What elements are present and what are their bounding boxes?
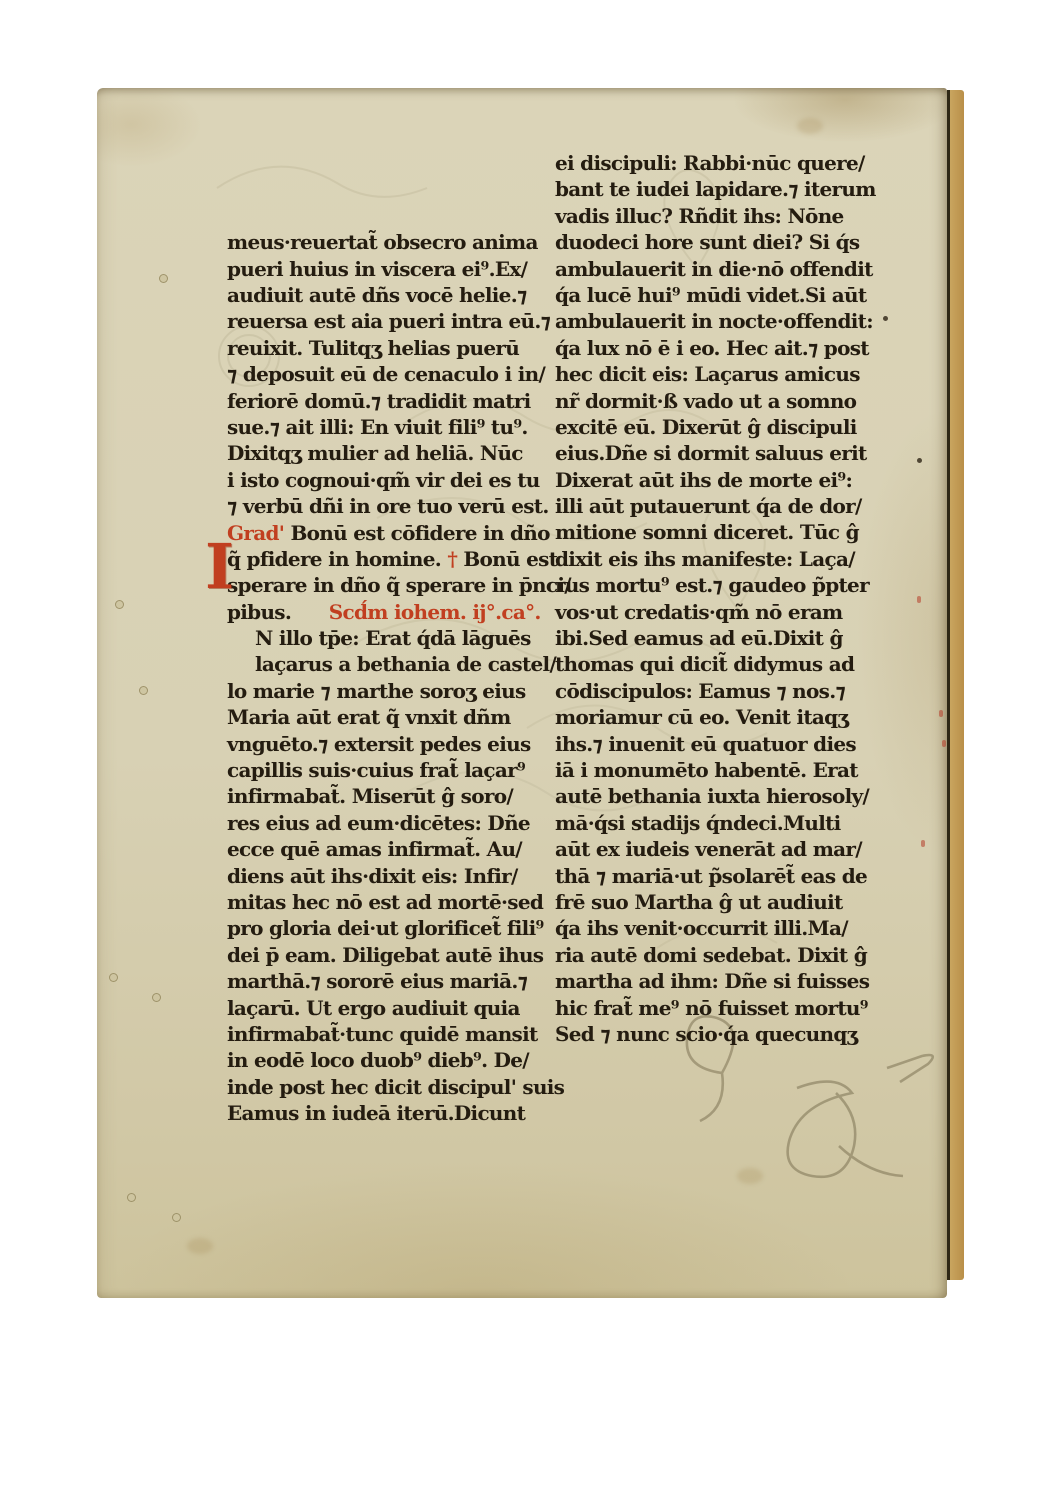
text-line: Maria aūt erat q̃ vnxit dñm (227, 704, 567, 730)
text-line: bant te iudei lapidare.⁊ iterum (555, 176, 921, 202)
text-line: q̃ pfidere in homine. † Bonū est (227, 546, 567, 572)
text-line: aūt ex iudeis venerāt ad mar/ (555, 836, 921, 862)
text-line: iā i monumēto habentē. Erat (555, 757, 921, 783)
red-stain (942, 740, 946, 747)
text-line: q́a ihs venit·occurrit illi.Ma/ (555, 915, 921, 941)
red-stain (921, 840, 925, 847)
body-text: aūt ex iudeis venerāt ad mar/ (555, 837, 862, 861)
rubric-text: † (447, 547, 457, 571)
body-text: frē suo Martha ĝ ut audiuit (555, 890, 843, 914)
body-text: marthā.⁊ sororē eius mariā.⁊ (227, 969, 527, 993)
text-line: ambulauerit in nocte·offendit: (555, 308, 921, 334)
text-line: ambulauerit in die·nō offendit (555, 256, 921, 282)
body-text: infirmabat̃. Miserūt ĝ soro/ (227, 784, 513, 808)
text-line: vnguēto.⁊ extersit pedes eius (227, 731, 567, 757)
body-text: N illo tp̄e: Erat q́dā lāguēs (255, 626, 531, 650)
text-line: reuixit. Tulitqʒ helias puerū (227, 335, 567, 361)
body-text: duodeci hore sunt diei? Si q́s (555, 230, 860, 254)
body-text: reuixit. Tulitqʒ helias puerū (227, 336, 519, 360)
body-text: ⁊ verbū dñi in ore tuo verū est. (227, 494, 549, 518)
text-line: capillis suis·cuius frat̃ laçar⁹ (227, 757, 567, 783)
text-line: sue.⁊ ait illi: En viuit fili⁹ tu⁹. (227, 414, 567, 440)
text-line: thomas qui dicit̃ didymus ad (555, 651, 921, 677)
text-line: Sed ⁊ nunc scio·q́a quecunqʒ (555, 1021, 921, 1047)
text-line: martha ad ihm: Dñe si fuisses (555, 968, 921, 994)
ink-spot (883, 316, 888, 321)
text-line: ei discipuli: Rabbi·nūc quere/ (555, 150, 921, 176)
text-line: vadis illuc? Rñdit ihs: Nōne (555, 203, 921, 229)
body-text: res eius ad eum·dicētes: Dñe (227, 811, 530, 835)
text-line: dei p̄ eam. Diligebat autē ihus (227, 942, 567, 968)
body-text: i isto cognoui·qm̃ vir dei es tu (227, 468, 540, 492)
text-line: in eodē loco duob⁹ dieb⁹. De/ (227, 1047, 567, 1073)
body-text: thā ⁊ mariā·ut p̃solarēt̃ eas de (555, 864, 867, 888)
wormhole-mark (127, 1193, 136, 1202)
text-line: ⁊ verbū dñi in ore tuo verū est. (227, 493, 567, 519)
body-text: cōdiscipulos: Eamus ⁊ nos.⁊ (555, 679, 845, 703)
body-text: ei discipuli: Rabbi·nūc quere/ (555, 151, 865, 175)
body-text: ria autē domi sedebat. Dixit ĝ (555, 943, 867, 967)
body-text: hec dicit eis: Laçarus amicus (555, 362, 860, 386)
text-line: meus·reuertat̃ obsecro anima (227, 229, 567, 255)
body-text: mitas hec nō est ad mortē·sed (227, 890, 543, 914)
body-text: q́a lux nō ē i eo. Hec ait.⁊ post (555, 336, 869, 360)
body-text: Eamus in iudeā iterū.Dicunt (227, 1101, 525, 1125)
body-text: ibi.Sed eamus ad eū.Dixit ĝ (555, 626, 843, 650)
body-text: laçarus a bethania de castel/ (255, 652, 556, 676)
text-line: duodeci hore sunt diei? Si q́s (555, 229, 921, 255)
text-line: inde post hec dicit discipul' suis (227, 1074, 567, 1100)
wormhole-mark (139, 686, 148, 695)
body-text: vadis illuc? Rñdit ihs: Nōne (555, 204, 844, 228)
text-line: eius.Dñe si dormit saluus erit (555, 440, 921, 466)
text-line: mitas hec nō est ad mortē·sed (227, 889, 567, 915)
scanned-book-photo: { "meta": { "description_label": "Incuna… (0, 0, 1060, 1500)
text-column-right: ei discipuli: Rabbi·nūc quere/bant te iu… (555, 150, 921, 1047)
text-line: sperare in dño q̃ sperare in p̄nci/ (227, 572, 567, 598)
body-text: in eodē loco duob⁹ dieb⁹. De/ (227, 1048, 529, 1072)
text-line: frē suo Martha ĝ ut audiuit (555, 889, 921, 915)
text-line: illi aūt putauerunt q́a de dor/ (555, 493, 921, 519)
text-line: mitione somni diceret. Tūc ĝ (555, 519, 921, 545)
text-line: marthā.⁊ sororē eius mariā.⁊ (227, 968, 567, 994)
text-line: feriorē domū.⁊ tradidit matri (227, 388, 567, 414)
body-text: excitē eū. Dixerūt ĝ discipuli (555, 415, 857, 439)
text-line: laçarus a bethania de castel/ (227, 651, 567, 677)
body-text: martha ad ihm: Dñe si fuisses (555, 969, 869, 993)
text-line: res eius ad eum·dicētes: Dñe (227, 810, 567, 836)
body-text: sperare in dño q̃ sperare in p̄nci/ (227, 573, 571, 597)
text-line: vos·ut credatis·qm̃ nō eram (555, 599, 921, 625)
body-text: moriamur cū eo. Venit itaqʒ (555, 705, 848, 729)
body-text: q̃ pfidere in homine. (227, 547, 447, 571)
text-line: infirmabat̃·tunc quidē mansit (227, 1021, 567, 1047)
body-text: vnguēto.⁊ extersit pedes eius (227, 732, 531, 756)
text-line: dixit eis ihs manifeste: Laça/ (555, 546, 921, 572)
body-text: Sed ⁊ nunc scio·q́a quecunqʒ (555, 1022, 857, 1046)
body-text: meus·reuertat̃ obsecro anima (227, 230, 538, 254)
body-text: sue.⁊ ait illi: En viuit fili⁹ tu⁹. (227, 415, 528, 439)
body-text: q́a lucē hui⁹ mūdi videt.Si aūt (555, 283, 866, 307)
body-text: feriorē domū.⁊ tradidit matri (227, 389, 531, 413)
body-text: pro gloria dei·ut glorificet̃ fili⁹ (227, 916, 544, 940)
text-line: reuersa est aia pueri intra eū.⁊ (227, 308, 567, 334)
body-text: reuersa est aia pueri intra eū.⁊ (227, 309, 550, 333)
body-text: lo marie ⁊ marthe soroʒ eius (227, 679, 526, 703)
text-line: ibi.Sed eamus ad eū.Dixit ĝ (555, 625, 921, 651)
text-line: Grad' Bonū est cōfidere in dño (227, 520, 567, 546)
text-line: ihs.⁊ inuenit eū quatuor dies (555, 731, 921, 757)
text-line: autē bethania iuxta hierosoly/ (555, 783, 921, 809)
body-text: q́a ihs venit·occurrit illi.Ma/ (555, 916, 848, 940)
text-line: i isto cognoui·qm̃ vir dei es tu (227, 467, 567, 493)
body-text: dei p̄ eam. Diligebat autē ihus (227, 943, 543, 967)
body-text: ⁊ deposuit eū de cenaculo i in/ (227, 362, 545, 386)
text-column-left: I meus·reuertat̃ obsecro animapueri huiu… (227, 150, 567, 1127)
foxing-stain (737, 1168, 763, 1184)
body-text: ecce quē amas infirmat̃. Au/ (227, 837, 522, 861)
text-line: rus mortu⁹ est.⁊ gaudeo p̃pter (555, 572, 921, 598)
foxing-stain (797, 118, 823, 134)
body-text: Maria aūt erat q̃ vnxit dñm (227, 705, 511, 729)
text-line: thā ⁊ mariā·ut p̃solarēt̃ eas de (555, 863, 921, 889)
body-text: infirmabat̃·tunc quidē mansit (227, 1022, 538, 1046)
text-line: Eamus in iudeā iterū.Dicunt (227, 1100, 567, 1126)
text-line: pueri huius in viscera ei⁹.Ex/ (227, 256, 567, 282)
foxing-stain (187, 1238, 213, 1254)
text-line: nr̃ dormit·ß vado ut a somno (555, 388, 921, 414)
text-line: diens aūt ihs·dixit eis: Infir/ (227, 863, 567, 889)
text-line: ecce quē amas infirmat̃. Au/ (227, 836, 567, 862)
wormhole-mark (159, 274, 168, 283)
body-text: ihs.⁊ inuenit eū quatuor dies (555, 732, 856, 756)
body-text: thomas qui dicit̃ didymus ad (555, 652, 854, 676)
body-text: ambulauerit in nocte·offendit: (555, 309, 873, 333)
body-text: laçarū. Ut ergo audiuit quia (227, 996, 520, 1020)
text-line: Dixerat aūt ihs de morte ei⁹: (555, 467, 921, 493)
body-text: audiuit autē dñs vocē helie.⁊ (227, 283, 527, 307)
body-text: ambulauerit in die·nō offendit (555, 257, 873, 281)
text-line: hic frat̃ me⁹ nō fuisset mortu⁹ (555, 995, 921, 1021)
text-line: q́a lucē hui⁹ mūdi videt.Si aūt (555, 282, 921, 308)
body-text: bant te iudei lapidare.⁊ iterum (555, 177, 876, 201)
body-text: illi aūt putauerunt q́a de dor/ (555, 494, 862, 518)
text-line: ria autē domi sedebat. Dixit ĝ (555, 942, 921, 968)
wormhole-mark (109, 973, 118, 982)
text-line: N illo tp̄e: Erat q́dā lāguēs (227, 625, 567, 651)
book-page: I meus·reuertat̃ obsecro animapueri huiu… (97, 88, 947, 1298)
text-line: q́a lux nō ē i eo. Hec ait.⁊ post (555, 335, 921, 361)
body-text: inde post hec dicit discipul' suis (227, 1075, 564, 1099)
rubricated-initial: I (205, 540, 241, 598)
text-line: cōdiscipulos: Eamus ⁊ nos.⁊ (555, 678, 921, 704)
text-line: ⁊ deposuit eū de cenaculo i in/ (227, 361, 567, 387)
body-text: nr̃ dormit·ß vado ut a somno (555, 389, 856, 413)
text-line: excitē eū. Dixerūt ĝ discipuli (555, 414, 921, 440)
text-line: mā·q́si stadijs q́ndeci.Multi (555, 810, 921, 836)
text-line: infirmabat̃. Miserūt ĝ soro/ (227, 783, 567, 809)
body-text: rus mortu⁹ est.⁊ gaudeo p̃pter (555, 573, 869, 597)
body-text: iā i monumēto habentē. Erat (555, 758, 858, 782)
red-stain (917, 596, 921, 603)
text-line: laçarū. Ut ergo audiuit quia (227, 995, 567, 1021)
wormhole-mark (152, 993, 161, 1002)
body-text: hic frat̃ me⁹ nō fuisset mortu⁹ (555, 996, 868, 1020)
body-text: Bonū est (457, 547, 557, 571)
body-text: diens aūt ihs·dixit eis: Infir/ (227, 864, 518, 888)
rubric-text: Scd́m iohem. ij°.ca°. (291, 600, 541, 624)
text-line: pro gloria dei·ut glorificet̃ fili⁹ (227, 915, 567, 941)
red-stain (939, 710, 943, 717)
body-text: Dixitqʒ mulier ad heliā. Nūc (227, 441, 523, 465)
body-text: pueri huius in viscera ei⁹.Ex/ (227, 257, 527, 281)
text-line: pibus. Scd́m iohem. ij°.ca°. (227, 599, 567, 625)
text-line: Dixitqʒ mulier ad heliā. Nūc (227, 440, 567, 466)
body-text: mitione somni diceret. Tūc ĝ (555, 520, 859, 544)
body-text: mā·q́si stadijs q́ndeci.Multi (555, 811, 841, 835)
text-line: lo marie ⁊ marthe soroʒ eius (227, 678, 567, 704)
text-line: moriamur cū eo. Venit itaqʒ (555, 704, 921, 730)
body-text: vos·ut credatis·qm̃ nō eram (555, 600, 843, 624)
text-line: hec dicit eis: Laçarus amicus (555, 361, 921, 387)
body-text: Dixerat aūt ihs de morte ei⁹: (555, 468, 852, 492)
body-text: eius.Dñe si dormit saluus erit (555, 441, 867, 465)
body-text: Bonū est cōfidere in dño (290, 521, 549, 545)
body-text: dixit eis ihs manifeste: Laça/ (555, 547, 855, 571)
book-fore-edge (947, 90, 964, 1280)
body-text: autē bethania iuxta hierosoly/ (555, 784, 869, 808)
body-text: pibus. (227, 600, 291, 624)
ink-spot (917, 458, 922, 463)
body-text: capillis suis·cuius frat̃ laçar⁹ (227, 758, 525, 782)
text-line: audiuit autē dñs vocē helie.⁊ (227, 282, 567, 308)
wormhole-mark (172, 1213, 181, 1222)
wormhole-mark (115, 600, 124, 609)
